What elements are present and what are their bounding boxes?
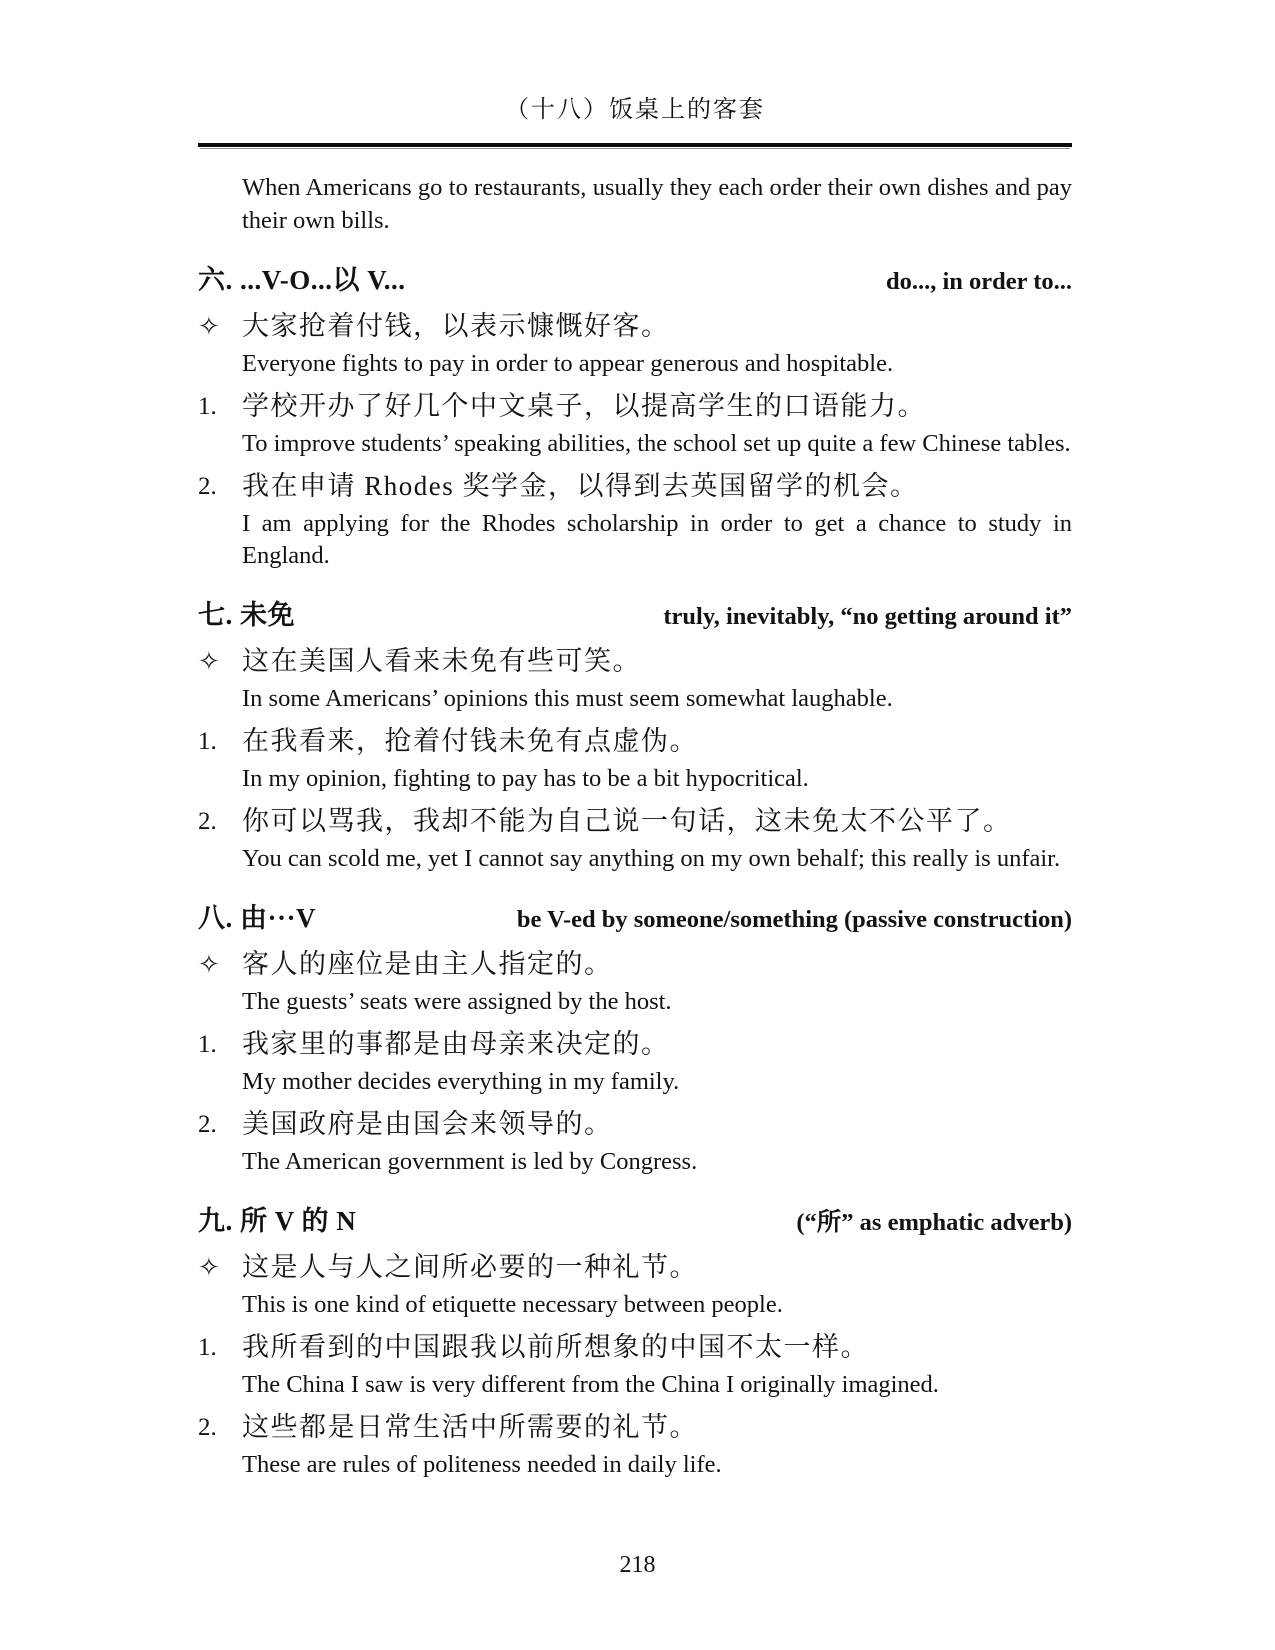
english-translation: To improve students’ speaking abilities,… (242, 428, 1072, 460)
chinese-sentence: 我所看到的中国跟我以前所想象的中国不太一样。 (242, 1328, 1072, 1367)
chinese-sentence: 美国政府是由国会来领导的。 (242, 1105, 1072, 1144)
item-body: 美国政府是由国会来领导的。 The American government is… (242, 1105, 1072, 1178)
chinese-sentence: 这些都是日常生活中所需要的礼节。 (242, 1408, 1072, 1447)
header-rule (198, 143, 1072, 147)
item-body: 我家里的事都是由母亲来决定的。 My mother decides everyt… (242, 1025, 1072, 1098)
section-english-gloss: (“所” as emphatic adverb) (796, 1205, 1072, 1241)
example-item: 2. 我在申请 Rhodes 奖学金，以得到去英国留学的机会。 I am app… (198, 467, 1072, 572)
section-english-gloss: truly, inevitably, “no getting around it… (663, 599, 1072, 635)
item-number: 1. (198, 1328, 242, 1401)
item-number: 1. (198, 387, 242, 460)
chapter-title: （十八）饭桌上的客套 (198, 94, 1072, 126)
item-body: 这些都是日常生活中所需要的礼节。 These are rules of poli… (242, 1408, 1072, 1481)
example-item: ✧ 这是人与人之间所必要的一种礼节。 This is one kind of e… (198, 1248, 1072, 1321)
item-number: 2. (198, 467, 242, 572)
chinese-sentence: 我家里的事都是由母亲来决定的。 (242, 1025, 1072, 1064)
english-translation: You can scold me, yet I cannot say anyth… (242, 843, 1072, 875)
chinese-sentence: 这是人与人之间所必要的一种礼节。 (242, 1248, 1072, 1287)
english-translation: These are rules of politeness needed in … (242, 1449, 1072, 1481)
chinese-sentence: 学校开办了好几个中文桌子，以提高学生的口语能力。 (242, 387, 1072, 426)
item-body: 我所看到的中国跟我以前所想象的中国不太一样。 The China I saw i… (242, 1328, 1072, 1401)
example-item: 1. 我所看到的中国跟我以前所想象的中国不太一样。 The China I sa… (198, 1328, 1072, 1401)
page-content: （十八）饭桌上的客套 When Americans go to restaura… (198, 0, 1072, 1481)
example-item: 2. 美国政府是由国会来领导的。 The American government… (198, 1105, 1072, 1178)
grammar-section-8: 八. 由···V be V-ed by someone/something (p… (198, 900, 1072, 1178)
english-translation: My mother decides everything in my famil… (242, 1066, 1072, 1098)
example-item: ✧ 大家抢着付钱，以表示慷慨好客。 Everyone fights to pay… (198, 307, 1072, 380)
chinese-sentence: 我在申请 Rhodes 奖学金，以得到去英国留学的机会。 (242, 467, 1072, 506)
example-item: 1. 我家里的事都是由母亲来决定的。 My mother decides eve… (198, 1025, 1072, 1098)
item-number: 1. (198, 722, 242, 795)
chinese-sentence: 你可以骂我，我却不能为自己说一句话，这未免太不公平了。 (242, 802, 1072, 841)
grammar-section-6: 六. ...V-O...以 V... do..., in order to...… (198, 262, 1072, 572)
english-translation: This is one kind of etiquette necessary … (242, 1289, 1072, 1321)
section-pattern-title: 六. ...V-O...以 V... (198, 262, 406, 298)
item-body: 你可以骂我，我却不能为自己说一句话，这未免太不公平了。 You can scol… (242, 802, 1072, 875)
diamond-bullet-icon: ✧ (198, 307, 242, 380)
english-translation: The guests’ seats were assigned by the h… (242, 986, 1072, 1018)
grammar-section-9: 九. 所 V 的 N (“所” as emphatic adverb) ✧ 这是… (198, 1203, 1072, 1481)
section-pattern-title: 八. 由···V (198, 900, 316, 936)
item-body: 客人的座位是由主人指定的。 The guests’ seats were ass… (242, 945, 1072, 1018)
grammar-section-7: 七. 未免 truly, inevitably, “no getting aro… (198, 597, 1072, 875)
chinese-sentence: 这在美国人看来未免有些可笑。 (242, 642, 1072, 681)
diamond-bullet-icon: ✧ (198, 945, 242, 1018)
diamond-bullet-icon: ✧ (198, 1248, 242, 1321)
chinese-sentence: 大家抢着付钱，以表示慷慨好客。 (242, 307, 1072, 346)
item-number: 1. (198, 1025, 242, 1098)
item-number: 2. (198, 802, 242, 875)
item-body: 在我看来，抢着付钱未免有点虚伪。 In my opinion, fighting… (242, 722, 1072, 795)
example-item: 1. 学校开办了好几个中文桌子，以提高学生的口语能力。 To improve s… (198, 387, 1072, 460)
intro-paragraph: When Americans go to restaurants, usuall… (242, 171, 1072, 237)
section-header: 六. ...V-O...以 V... do..., in order to... (198, 262, 1072, 300)
english-translation: The China I saw is very different from t… (242, 1369, 1072, 1401)
english-translation: In some Americans’ opinions this must se… (242, 683, 1072, 715)
chinese-sentence: 客人的座位是由主人指定的。 (242, 945, 1072, 984)
english-translation: I am applying for the Rhodes scholarship… (242, 508, 1072, 572)
item-body: 我在申请 Rhodes 奖学金，以得到去英国留学的机会。 I am applyi… (242, 467, 1072, 572)
page-number: 218 (0, 1552, 1275, 1579)
section-pattern-title: 九. 所 V 的 N (198, 1203, 356, 1239)
item-body: 大家抢着付钱，以表示慷慨好客。 Everyone fights to pay i… (242, 307, 1072, 380)
example-item: 2. 你可以骂我，我却不能为自己说一句话，这未免太不公平了。 You can s… (198, 802, 1072, 875)
english-translation: Everyone fights to pay in order to appea… (242, 348, 1072, 380)
item-body: 这是人与人之间所必要的一种礼节。 This is one kind of eti… (242, 1248, 1072, 1321)
english-translation: In my opinion, fighting to pay has to be… (242, 763, 1072, 795)
section-english-gloss: be V-ed by someone/something (passive co… (517, 902, 1072, 938)
section-header: 七. 未免 truly, inevitably, “no getting aro… (198, 597, 1072, 635)
section-header: 九. 所 V 的 N (“所” as emphatic adverb) (198, 1203, 1072, 1241)
section-pattern-title: 七. 未免 (198, 597, 295, 633)
example-item: 2. 这些都是日常生活中所需要的礼节。 These are rules of p… (198, 1408, 1072, 1481)
example-item: ✧ 这在美国人看来未免有些可笑。 In some Americans’ opin… (198, 642, 1072, 715)
diamond-bullet-icon: ✧ (198, 642, 242, 715)
item-body: 这在美国人看来未免有些可笑。 In some Americans’ opinio… (242, 642, 1072, 715)
section-header: 八. 由···V be V-ed by someone/something (p… (198, 900, 1072, 938)
item-body: 学校开办了好几个中文桌子，以提高学生的口语能力。 To improve stud… (242, 387, 1072, 460)
english-translation: The American government is led by Congre… (242, 1146, 1072, 1178)
chinese-sentence: 在我看来，抢着付钱未免有点虚伪。 (242, 722, 1072, 761)
item-number: 2. (198, 1105, 242, 1178)
section-english-gloss: do..., in order to... (886, 264, 1072, 300)
example-item: 1. 在我看来，抢着付钱未免有点虚伪。 In my opinion, fight… (198, 722, 1072, 795)
item-number: 2. (198, 1408, 242, 1481)
example-item: ✧ 客人的座位是由主人指定的。 The guests’ seats were a… (198, 945, 1072, 1018)
